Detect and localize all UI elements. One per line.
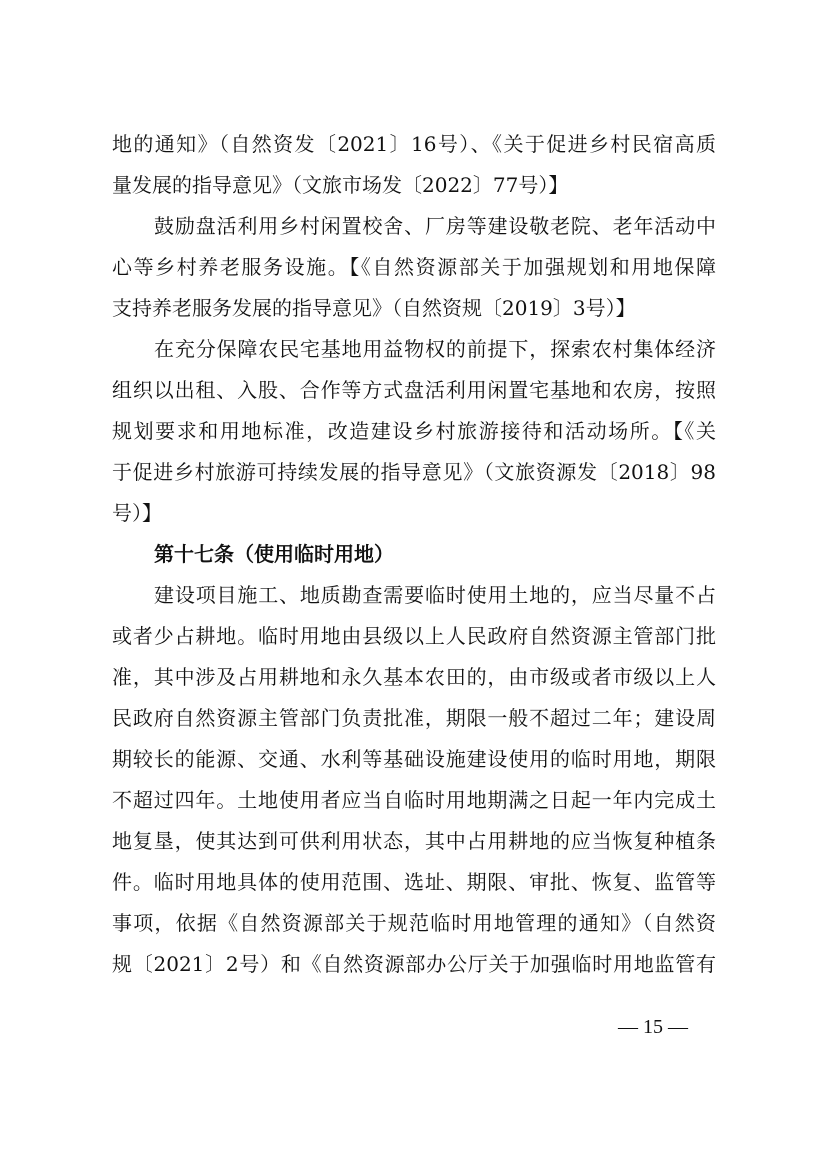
text-line: 在充分保障农民宅基地用益物权的前提下，探索农村集体经济 [112,329,716,370]
text-line: 地的通知》（自然资发〔2021〕16号）、《关于促进乡村民宿高质 [112,124,716,165]
article-heading: 第十七条（使用临时用地） [112,534,716,575]
text-line: 组织以出租、入股、合作等方式盘活利用闲置宅基地和农房，按照 [112,370,716,411]
document-body: 地的通知》（自然资发〔2021〕16号）、《关于促进乡村民宿高质 量发展的指导意… [112,124,716,985]
page-number: — 15 — [618,1016,688,1039]
text-line: 事项，依据《自然资源部关于规范临时用地管理的通知》（自然资 [112,903,716,944]
text-line: 支持养老服务发展的指导意见》（自然资规〔2019〕3号）】 [112,288,716,329]
document-page: 地的通知》（自然资发〔2021〕16号）、《关于促进乡村民宿高质 量发展的指导意… [0,0,826,1169]
text-line: 量发展的指导意见》（文旅市场发〔2022〕77号）】 [112,165,716,206]
text-line: 民政府自然资源主管部门负责批准，期限一般不超过二年；建设周 [112,698,716,739]
text-line: 规划要求和用地标准，改造建设乡村旅游接待和活动场所。【《关 [112,411,716,452]
text-line: 建设项目施工、地质勘查需要临时使用土地的，应当尽量不占 [112,575,716,616]
text-line: 件。临时用地具体的使用范围、选址、期限、审批、恢复、监管等 [112,862,716,903]
text-line: 期较长的能源、交通、水利等基础设施建设使用的临时用地，期限 [112,739,716,780]
text-line: 地复垦，使其达到可供利用状态，其中占用耕地的应当恢复种植条 [112,821,716,862]
text-line: 号）】 [112,493,716,534]
text-line: 鼓励盘活利用乡村闲置校舍、厂房等建设敬老院、老年活动中 [112,206,716,247]
text-line: 准，其中涉及占用耕地和永久基本农田的，由市级或者市级以上人 [112,657,716,698]
text-line: 心等乡村养老服务设施。【《自然资源部关于加强规划和用地保障 [112,247,716,288]
text-line: 规〔2021〕2号）和《自然资源部办公厅关于加强临时用地监管有 [112,944,716,985]
text-line: 于促进乡村旅游可持续发展的指导意见》（文旅资源发〔2018〕98 [112,452,716,493]
text-line: 或者少占耕地。临时用地由县级以上人民政府自然资源主管部门批 [112,616,716,657]
text-line: 不超过四年。土地使用者应当自临时用地期满之日起一年内完成土 [112,780,716,821]
